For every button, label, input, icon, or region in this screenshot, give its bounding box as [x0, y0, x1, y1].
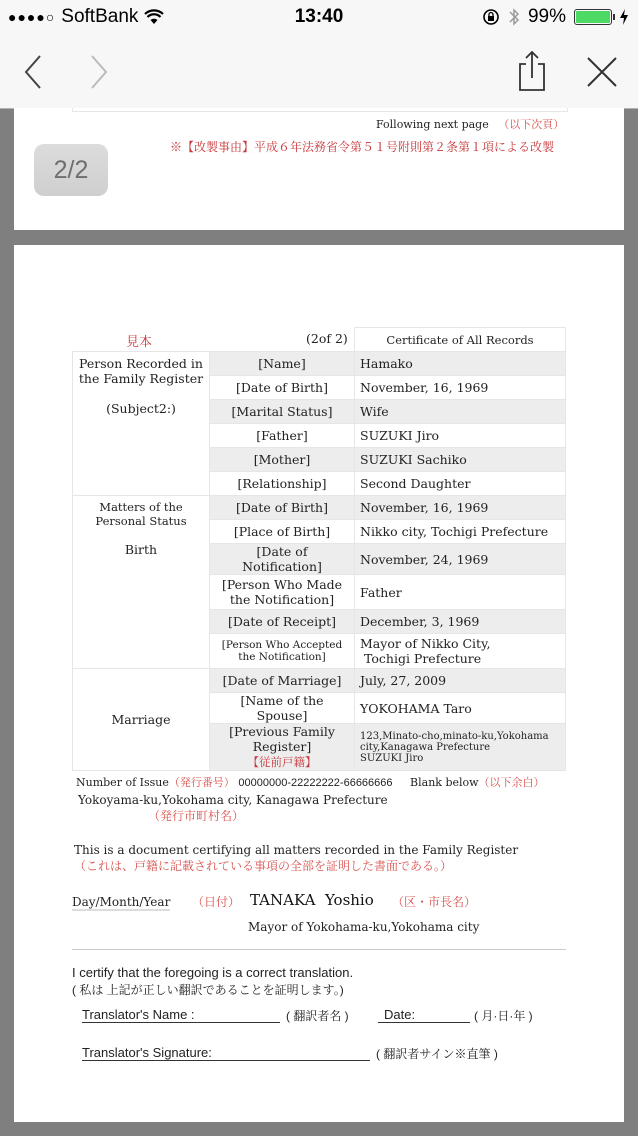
- status-bar: ●●●●○ SoftBank 13:40 99%: [0, 0, 638, 36]
- field-label: [Mother]: [210, 448, 355, 472]
- field-value: Mayor of Nikko City, Tochigi Prefecture: [355, 634, 566, 669]
- sample-mark: 見本: [126, 331, 152, 350]
- field-label: [Date of Marriage]: [210, 669, 355, 693]
- issuer-jp: （発行市町村名）: [148, 807, 244, 824]
- field-value: Nikko city, Tochigi Prefecture: [355, 520, 566, 544]
- table-row: Matters of thePersonal Status Birth[Date…: [73, 496, 566, 520]
- field-label: [Marital Status]: [210, 400, 355, 424]
- issue-number: 00000000-22222222-66666666: [238, 777, 392, 789]
- following-next-page: Following next page （以下次頁）: [376, 116, 564, 132]
- translation-date-field[interactable]: Date:: [378, 1007, 470, 1023]
- field-label: [Date of Birth]: [210, 376, 355, 400]
- section-heading: Marriage: [73, 669, 210, 771]
- field-label: [Father]: [210, 424, 355, 448]
- issue-number-line: Number of Issue（発行番号） 00000000-22222222-…: [76, 774, 545, 790]
- field-label: [Date of Birth]: [210, 496, 355, 520]
- navigation-bar: [0, 36, 638, 109]
- field-value: YOKOHAMA Taro: [355, 693, 566, 724]
- mayor-name: TANAKA Yoshio: [250, 891, 374, 909]
- field-value: 123,Minato-cho,minato-ku,Yokohamacity,Ka…: [355, 724, 566, 771]
- translation-certify: I certify that the foregoing is a correc…: [72, 965, 353, 980]
- share-icon: [512, 50, 552, 94]
- field-label: [Name]: [210, 352, 355, 376]
- section-heading: Matters of thePersonal Status Birth: [73, 496, 210, 669]
- field-value: Hamako: [355, 352, 566, 376]
- bluetooth-icon: [508, 7, 520, 27]
- certifying-statement-jp: （これは、戸籍に記載されている事項の全部を証明した書面である。）: [74, 857, 452, 874]
- certifying-statement: This is a document certifying all matter…: [74, 843, 518, 857]
- table-bottom-edge: [72, 108, 568, 112]
- field-label: [Person Who Madethe Notification]: [210, 575, 355, 610]
- field-value: SUZUKI Sachiko: [355, 448, 566, 472]
- rotation-lock-icon: [482, 8, 500, 26]
- translator-name-field[interactable]: Translator's Name :: [82, 1007, 280, 1023]
- field-value: November, 16, 1969: [355, 376, 566, 400]
- records-table: Person Recorded inthe Family Register (S…: [72, 351, 566, 771]
- field-value: SUZUKI Jiro: [355, 424, 566, 448]
- close-icon: [582, 50, 622, 94]
- document-page-1: Following next page （以下次頁） ※【改製事由】平成６年法務…: [14, 108, 624, 230]
- translator-signature-jp: ( 翻訳者サイン※直筆 ): [376, 1045, 498, 1062]
- divider: [72, 949, 566, 950]
- date-label-jp: （日付）: [192, 893, 240, 910]
- field-value: July, 27, 2009: [355, 669, 566, 693]
- chevron-right-icon: [76, 50, 116, 94]
- field-label: [Place of Birth]: [210, 520, 355, 544]
- issuer: Yokoyama-ku,Yokohama city, Kanagawa Pref…: [78, 793, 388, 807]
- date-label: Day/Month/Year: [72, 895, 170, 911]
- translator-name-jp: ( 翻訳者名 ): [286, 1007, 349, 1024]
- page-indicator: 2/2: [34, 144, 108, 196]
- close-button[interactable]: [582, 50, 622, 94]
- certificate-title: Certificate of All Records: [354, 327, 566, 353]
- field-value: Father: [355, 575, 566, 610]
- field-value: November, 24, 1969: [355, 544, 566, 575]
- revision-note: ※【改製事由】平成６年法務省令第５１号附則第２条第１項による改製: [170, 138, 554, 155]
- field-value: Second Daughter: [355, 472, 566, 496]
- mayor-title: Mayor of Yokohama-ku,Yokohama city: [248, 920, 479, 934]
- field-value: Wife: [355, 400, 566, 424]
- battery-icon: [574, 9, 612, 25]
- field-label: [Date of Notification]: [210, 544, 355, 575]
- field-label: [Date of Receipt]: [210, 610, 355, 634]
- table-row: Person Recorded inthe Family Register (S…: [73, 352, 566, 376]
- translator-signature-field[interactable]: Translator's Signature:: [82, 1045, 370, 1061]
- field-label: [Relationship]: [210, 472, 355, 496]
- table-row: Marriage[Date of Marriage]July, 27, 2009: [73, 669, 566, 693]
- charging-icon: [620, 9, 628, 25]
- mayor-name-jp: （区・市長名）: [392, 893, 476, 910]
- share-button[interactable]: [512, 50, 552, 94]
- chevron-left-icon: [16, 50, 56, 94]
- field-label: [Previous FamilyRegister]【従前戸籍】: [210, 724, 355, 771]
- field-label: [Person Who Acceptedthe Notification]: [210, 634, 355, 669]
- field-label: [Name of the Spouse]: [210, 693, 355, 724]
- battery-percent: 99%: [528, 6, 566, 28]
- back-button[interactable]: [16, 50, 56, 94]
- document-page-2: 見本 (2of 2) Certificate of All Records Pe…: [14, 245, 624, 1122]
- translation-certify-jp: ( 私は 上記が正しい翻訳であることを証明します。): [72, 981, 344, 998]
- field-value: November, 16, 1969: [355, 496, 566, 520]
- section-heading: Person Recorded inthe Family Register (S…: [73, 352, 210, 496]
- field-value: December, 3, 1969: [355, 610, 566, 634]
- translation-date-jp: ( 月·日·年 ): [474, 1007, 533, 1024]
- page-of: (2of 2): [306, 331, 348, 346]
- forward-button[interactable]: [76, 50, 116, 94]
